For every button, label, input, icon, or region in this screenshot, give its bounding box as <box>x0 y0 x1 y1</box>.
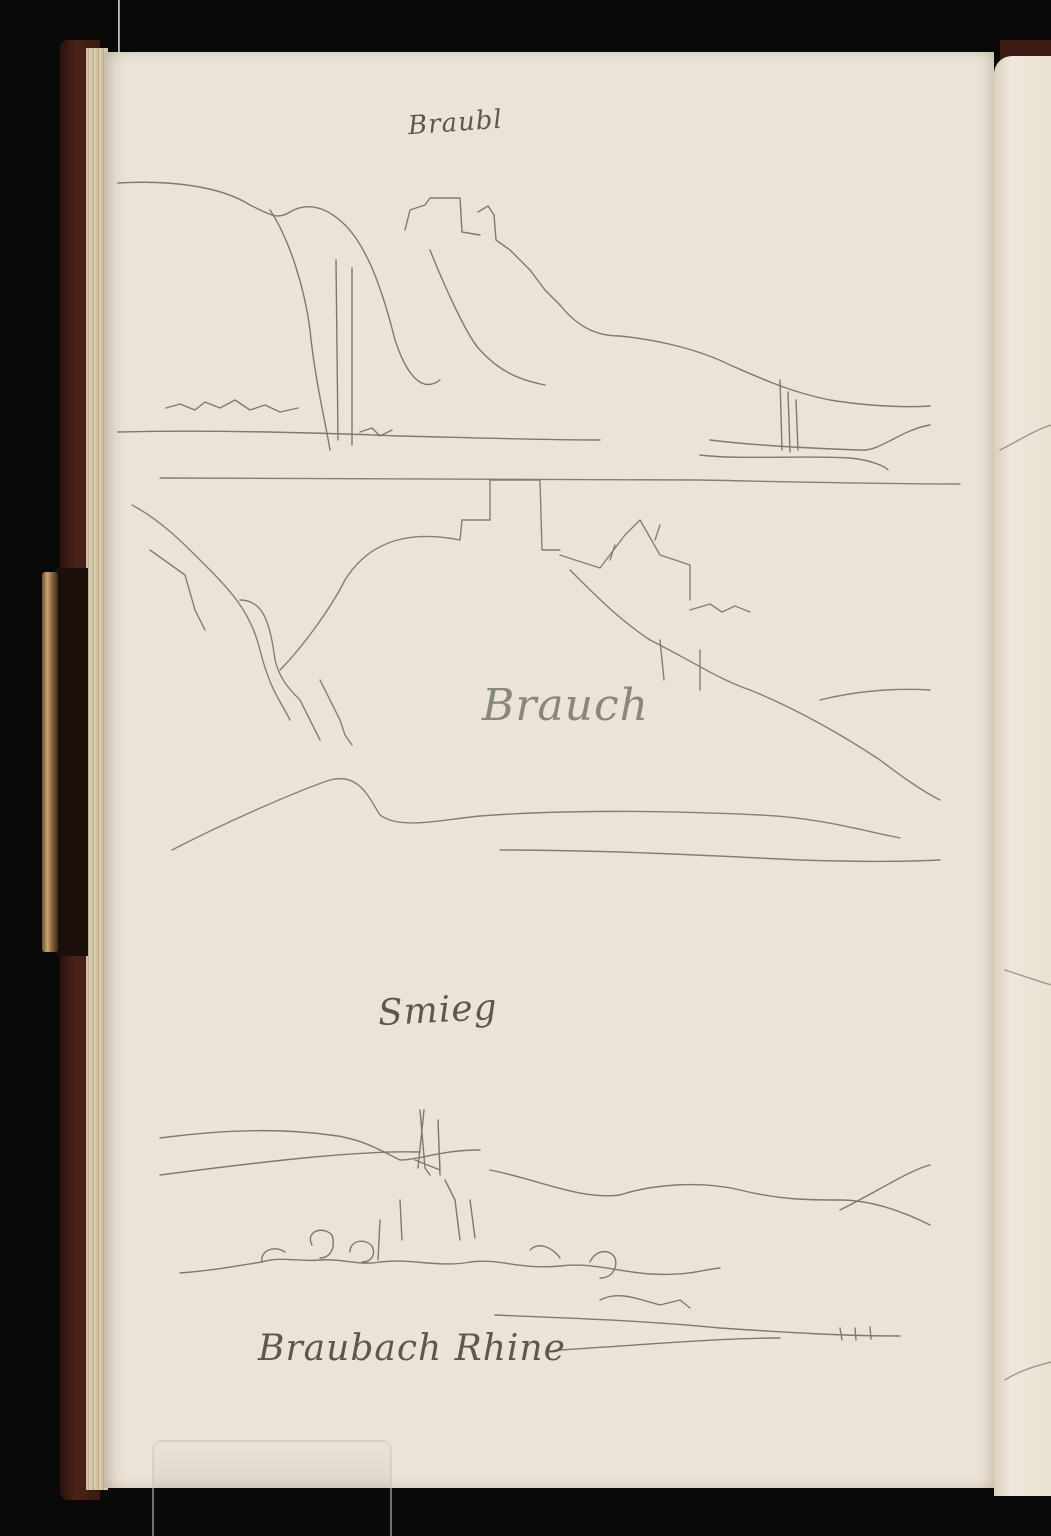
caption-middle: Brauch <box>482 680 649 731</box>
acrylic-book-stand <box>152 1440 392 1536</box>
bottom-sketch <box>160 1110 930 1350</box>
facing-page-sketch <box>1000 425 1051 1380</box>
caption-footer: Braubach Rhine <box>258 1328 566 1369</box>
photo-background: Braubl Brauch Smieg Braubach Rhine <box>0 0 1051 1536</box>
middle-sketch <box>132 478 960 862</box>
top-sketch <box>118 182 930 470</box>
caption-bottom: Smieg <box>377 987 499 1034</box>
pencil-drawing <box>0 0 1051 1536</box>
